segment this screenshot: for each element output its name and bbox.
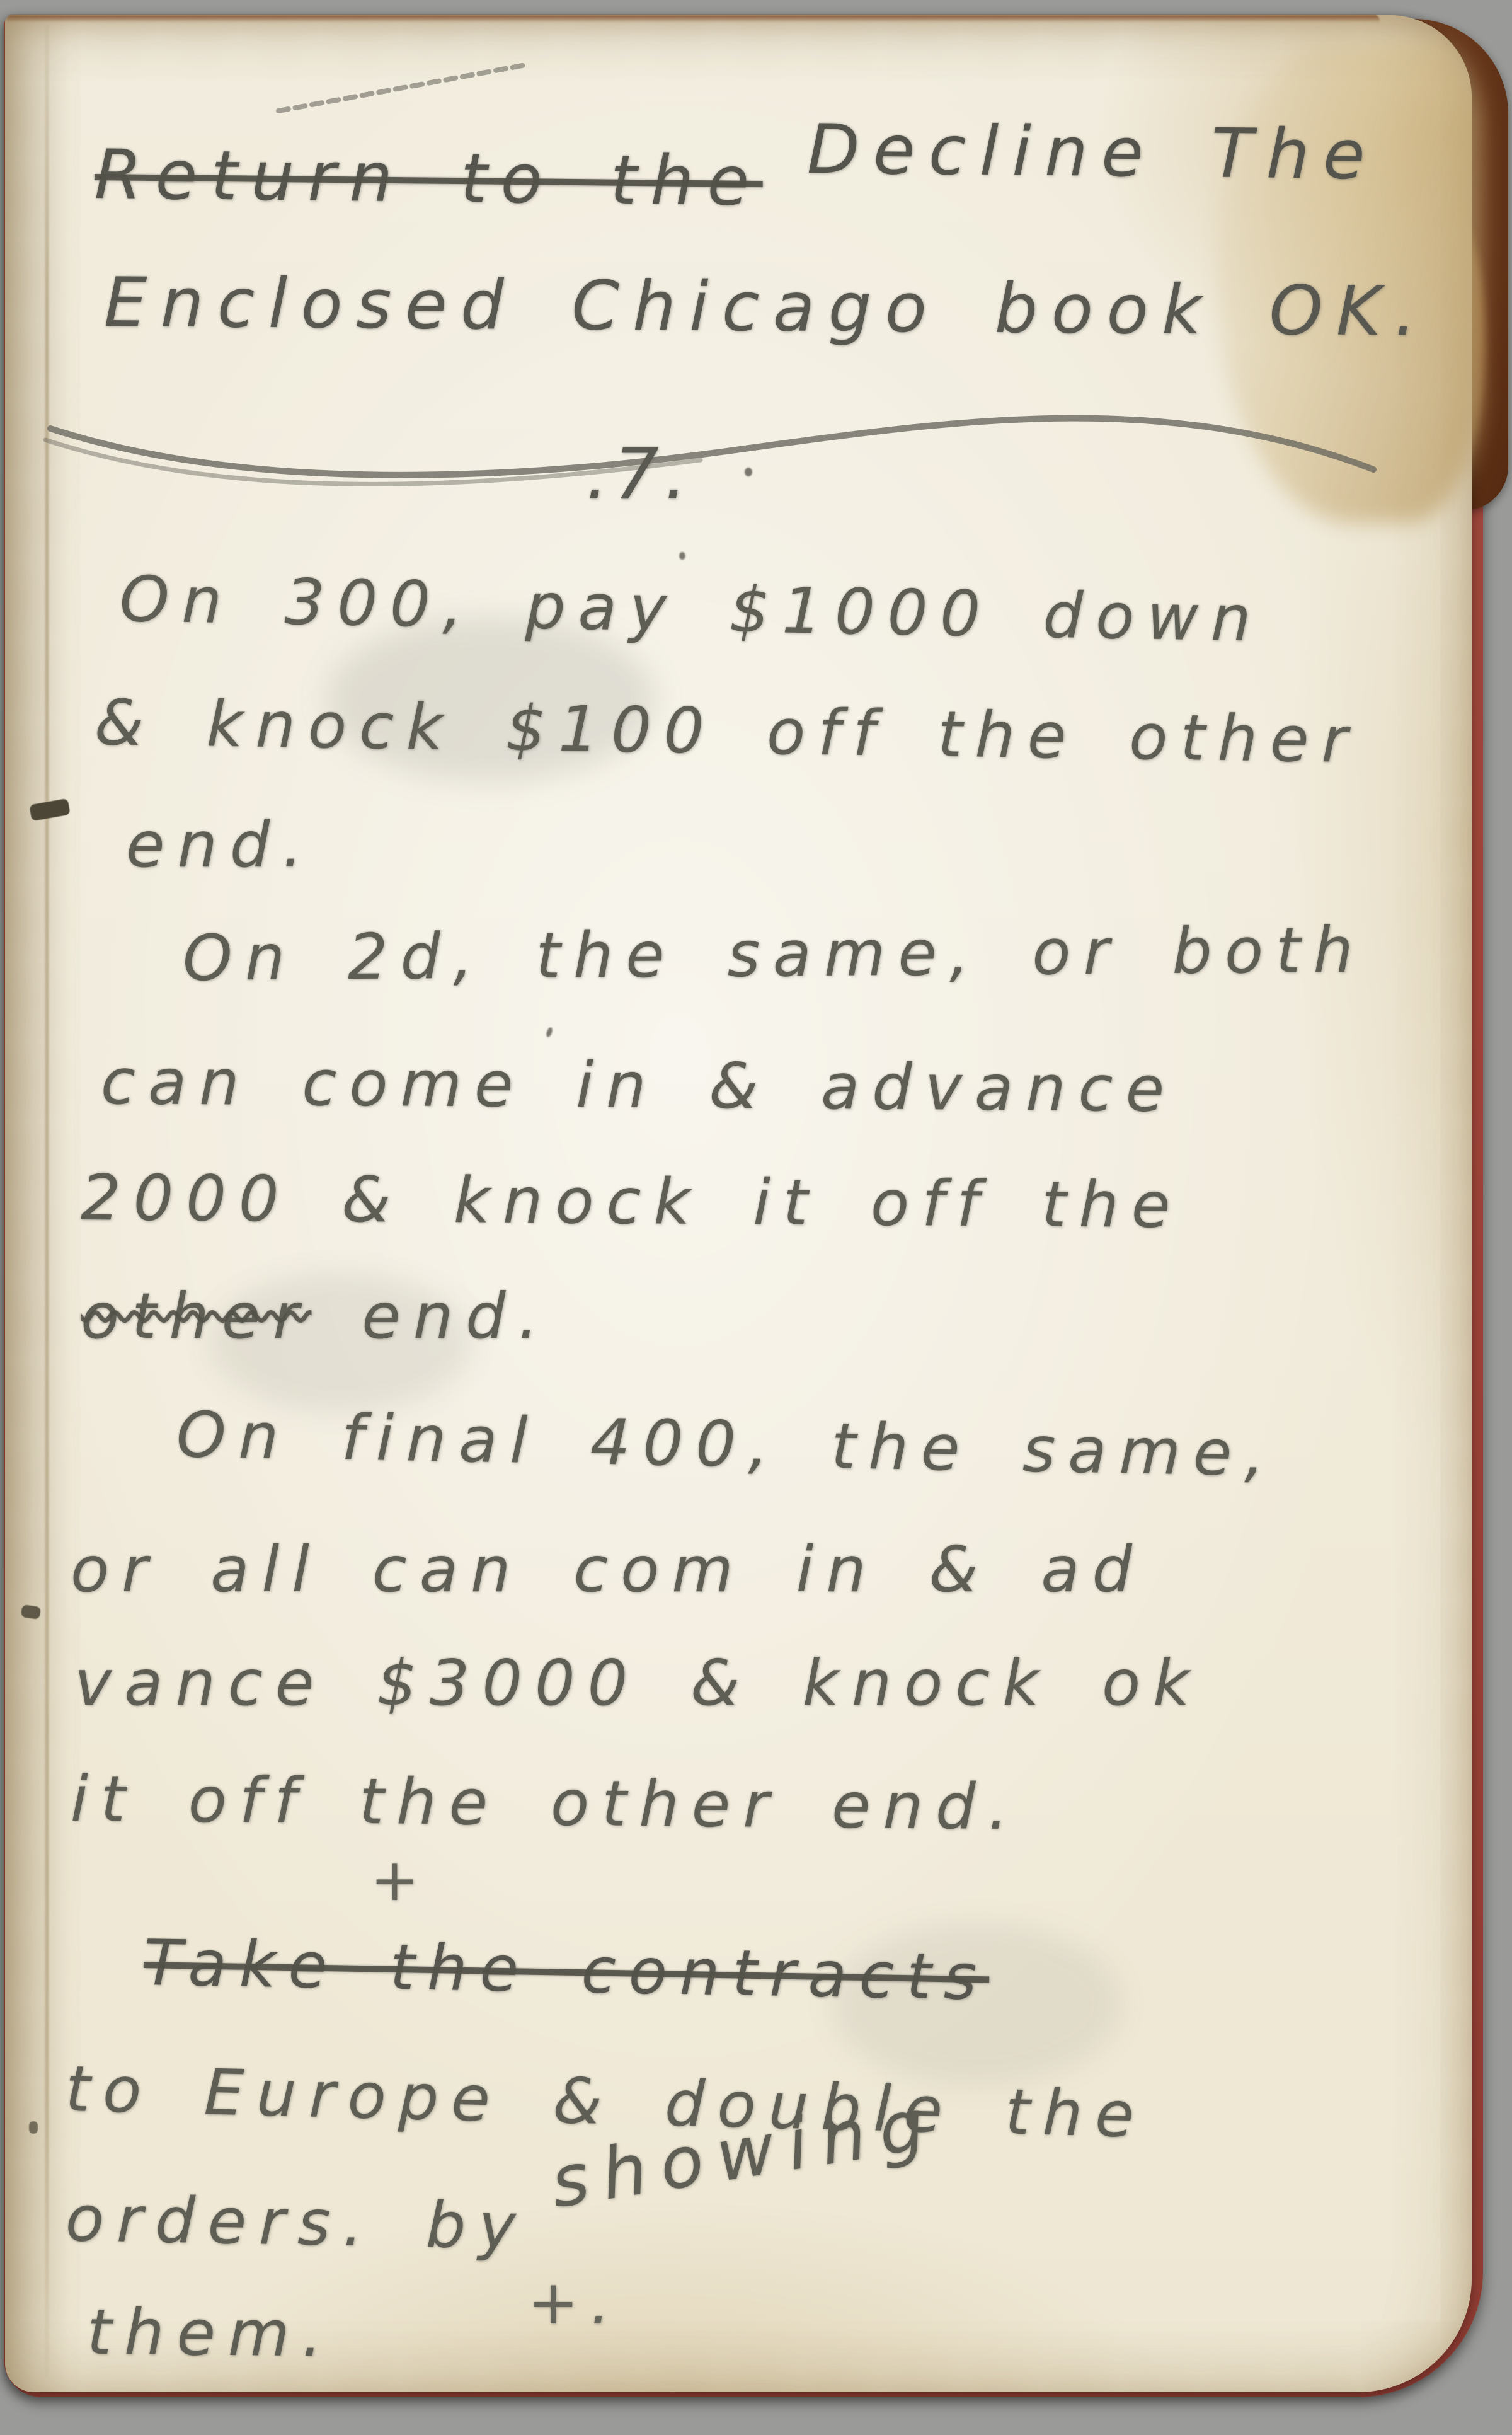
note-line: them. bbox=[86, 2295, 335, 2371]
subheading-line: Enclosed Chicago book OK. bbox=[104, 263, 1430, 352]
note-line: Take the contracts bbox=[143, 1926, 990, 2014]
scribbled-word: other bbox=[81, 1279, 311, 1353]
note-line: On 300, pay $1000 down bbox=[119, 562, 1264, 656]
note-line: On 2d, the same, or both bbox=[183, 913, 1366, 995]
handwriting-layer: Return to theDecline The Enclosed Chicag… bbox=[0, 0, 1512, 2435]
note-line: On final 400, the same, bbox=[176, 1398, 1278, 1490]
pencil-dot bbox=[546, 1027, 554, 1038]
note-line: & knock $100 off the other bbox=[94, 686, 1360, 777]
heading-line: Return to theDecline The bbox=[94, 135, 1378, 227]
note-line: other end. bbox=[81, 1279, 551, 1353]
note-line: end. bbox=[126, 808, 315, 882]
note-line: it off the other end. bbox=[70, 1762, 1021, 1844]
note-line: can come in & advance bbox=[101, 1045, 1177, 1126]
separator-flourish bbox=[33, 353, 1419, 529]
note-line: vance $3000 & knock ok bbox=[74, 1646, 1202, 1720]
end-cross-mark: +. bbox=[528, 2267, 622, 2338]
struck-phrase: Return to the bbox=[94, 135, 763, 221]
heading-kept-phrase: Decline The bbox=[807, 110, 1379, 195]
note-line: or all can com in & ad bbox=[71, 1533, 1145, 1606]
cross-mark: + bbox=[370, 1846, 431, 1914]
line-end-word: end. bbox=[362, 1279, 551, 1353]
pencil-dot bbox=[745, 468, 752, 476]
section-number: .7. bbox=[586, 434, 692, 515]
note-line: 2000 & knock it off the bbox=[81, 1161, 1183, 1242]
pencil-dot bbox=[679, 552, 685, 560]
struck-phrase: Take the contracts bbox=[143, 1926, 990, 2014]
stray-scratch-mark bbox=[271, 50, 542, 132]
note-line: orders. by bbox=[65, 2182, 529, 2264]
